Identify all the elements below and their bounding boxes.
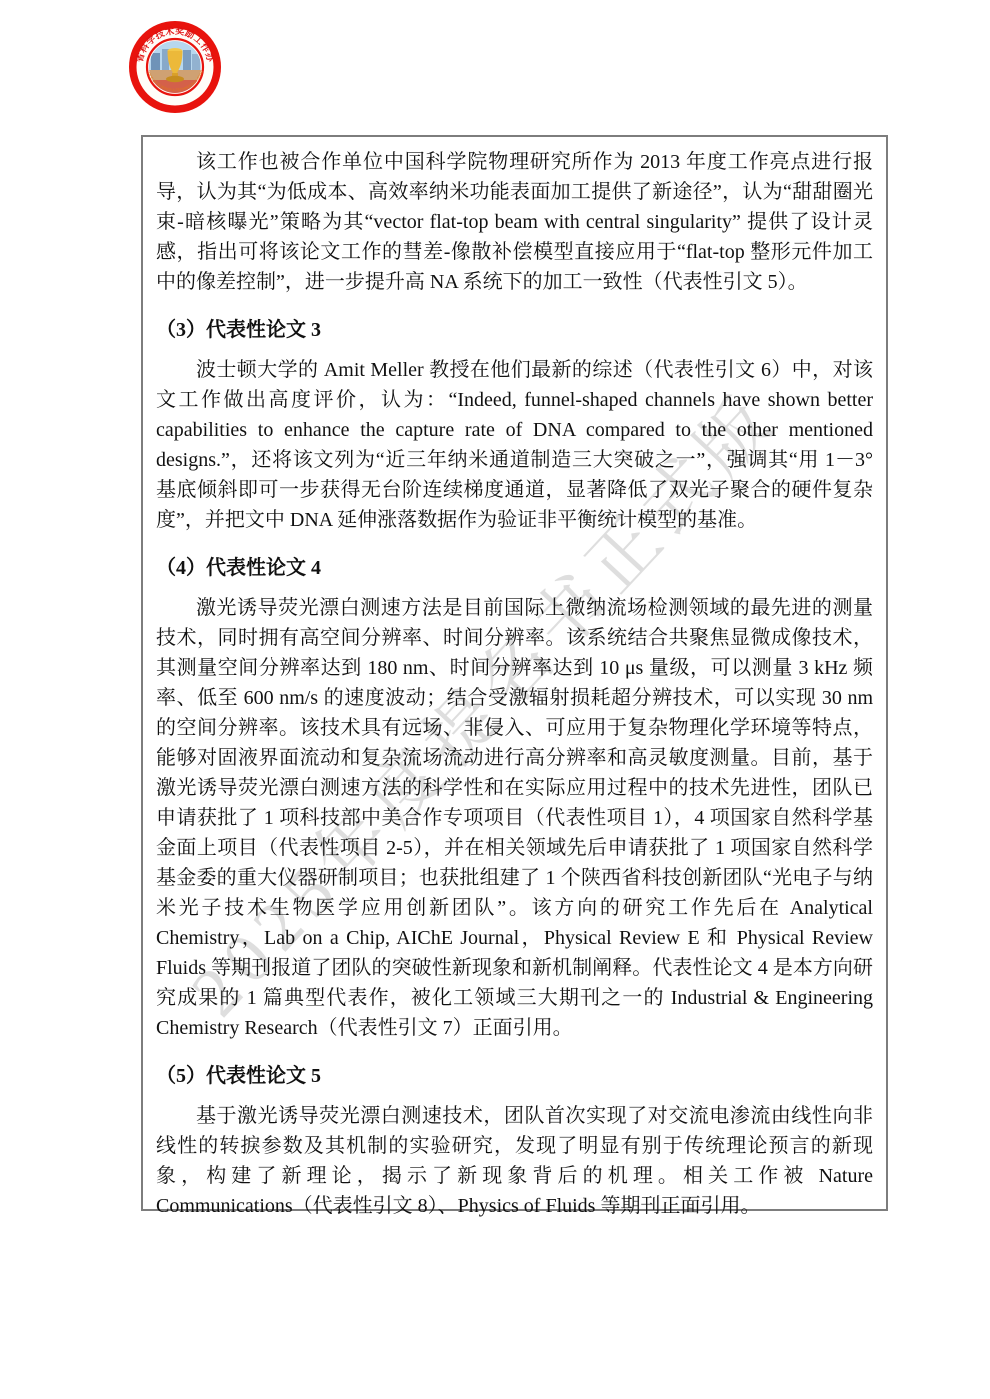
section-heading-paper-5: （5）代表性论文 5 [156,1061,873,1091]
document-body-box: 该工作也被合作单位中国科学院物理研究所作为 2013 年度工作亮点进行报导，认为… [141,135,888,1211]
section-heading-paper-4: （4）代表性论文 4 [156,553,873,583]
page: 陕西省科学技术奖励工作办公室 OFFICE OF SCIENCE & TECHN… [0,0,990,1399]
award-office-seal-logo: 陕西省科学技术奖励工作办公室 OFFICE OF SCIENCE & TECHN… [128,20,222,114]
section-body-paper-4: 激光诱导荧光漂白测速方法是目前国际上微纳流场检测领域的最先进的测量技术，同时拥有… [156,593,873,1043]
section-heading-paper-3: （3）代表性论文 3 [156,315,873,345]
seal-icon: 陕西省科学技术奖励工作办公室 OFFICE OF SCIENCE & TECHN… [128,20,222,114]
section-body-paper-5: 基于激光诱导荧光漂白测速技术，团队首次实现了对交流电渗流由线性向非线性的转捩参数… [156,1101,873,1221]
paragraph-intro: 该工作也被合作单位中国科学院物理研究所作为 2013 年度工作亮点进行报导，认为… [156,147,873,297]
section-body-paper-3: 波士顿大学的 Amit Meller 教授在他们最新的综述（代表性引文 6）中，… [156,355,873,535]
